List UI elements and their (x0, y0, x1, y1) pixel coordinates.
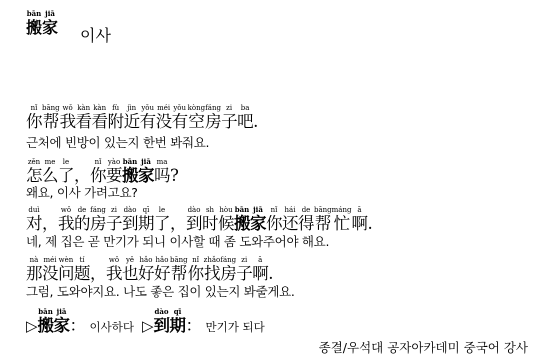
pinyin: jìn (124, 104, 140, 112)
hanzi-with-pinyin: 没méi (42, 264, 58, 283)
hanzi-with-pinyin: 子zi (221, 112, 237, 131)
title-chinese: 搬bān家jiā (26, 18, 58, 37)
pinyin: de (74, 206, 90, 214)
dialogue-line-1-chinese: 你nǐ帮bāng我wǒ看kàn看kàn附fù近jìn有yǒu没méi有yǒu空k… (26, 104, 258, 131)
hanzi-with-pinyin: 问wèn (58, 264, 74, 283)
vocab-meaning: 만기가 되다 (206, 320, 265, 334)
hanzi: 那 (26, 264, 42, 283)
hanzi: 家 (42, 18, 58, 37)
pinyin: duì (26, 206, 42, 214)
pinyin: le (154, 206, 170, 214)
hanzi: 对 (26, 214, 42, 233)
hanzi-with-pinyin: 还hái (282, 214, 298, 233)
pinyin (268, 256, 273, 264)
vocab-item: ▷搬bān家jiā：이사하다 (26, 316, 142, 335)
title-korean: 이사 (80, 23, 111, 46)
pinyin: wǒ (106, 256, 122, 264)
pinyin (170, 206, 186, 214)
hanzi: 房 (90, 214, 106, 233)
pinyin: bāng (170, 256, 188, 264)
hanzi-with-pinyin: 啊ā (252, 264, 268, 283)
hanzi-with-pinyin: 家jiā (42, 18, 58, 37)
hanzi-with-pinyin: 搬bān (234, 214, 250, 233)
pinyin: nǐ (26, 104, 42, 112)
pinyin: sh (202, 206, 218, 214)
author-credit: 종결/우석대 공자아카데미 중국어 강사 (319, 338, 528, 356)
hanzi: ， (170, 214, 186, 233)
hanzi: . (253, 112, 258, 131)
hanzi: 怎 (26, 166, 42, 185)
hanzi: 我 (106, 264, 122, 283)
hanzi-with-pinyin: 怎zěn (26, 166, 42, 185)
hanzi-with-pinyin: ， (90, 264, 106, 283)
triangle-bullet-icon: ▷ (26, 317, 38, 335)
pinyin: jiā (54, 307, 70, 316)
hanzi-with-pinyin: 子zi (106, 214, 122, 233)
hanzi-with-pinyin: 有yǒu (172, 112, 188, 131)
hanzi-with-pinyin: 子zi (236, 264, 252, 283)
hanzi: 好 (154, 264, 170, 283)
hanzi: 搬 (26, 18, 42, 37)
hanzi: 近 (124, 112, 140, 131)
hanzi-with-pinyin: 要yào (106, 166, 122, 185)
hanzi: 期 (138, 214, 154, 233)
pinyin: hòu (218, 206, 234, 214)
hanzi-with-pinyin: 了le (58, 166, 74, 185)
hanzi: 有 (140, 112, 156, 131)
hanzi-with-pinyin: 好hǎo (154, 264, 170, 283)
hanzi-with-pinyin: 到dào (122, 214, 138, 233)
pinyin: zi (221, 104, 237, 112)
hanzi-with-pinyin: 搬bān (38, 316, 54, 335)
pinyin: hǎo (154, 256, 170, 264)
pinyin: qī (138, 206, 154, 214)
pinyin: fù (108, 104, 124, 112)
hanzi: 也 (122, 264, 138, 283)
vocab-word: 搬bān家jiā (38, 316, 70, 335)
pinyin: bān (122, 157, 138, 166)
hanzi: 吧 (237, 112, 253, 131)
dialogue-line-3-chinese: 对duì， 我wǒ的de房fáng子zi到dào期qī了le， 到dào时sh候… (26, 206, 372, 233)
vocab-colon: ： (70, 316, 86, 335)
pinyin (90, 256, 106, 264)
pinyin: jiā (138, 157, 154, 166)
hanzi: 帮 (314, 214, 332, 233)
hanzi: 房 (205, 112, 221, 131)
hanzi-with-pinyin: 的de (74, 214, 90, 233)
hanzi: 有 (172, 112, 188, 131)
hanzi-with-pinyin: ， (170, 214, 186, 233)
dialogue-line-4-chinese: 那nà没méi问wèn题tí， 我wǒ也yě好hǎo好hǎo帮bāng你nǐ找z… (26, 256, 273, 283)
hanzi: 搬 (234, 214, 250, 233)
hanzi: 你 (90, 166, 106, 185)
pinyin: yǒu (172, 104, 188, 112)
hanzi: 吗 (154, 166, 170, 185)
pinyin (74, 158, 90, 166)
hanzi-with-pinyin: 候hòu (218, 214, 234, 233)
pinyin: méi (156, 104, 172, 112)
pinyin: nǐ (266, 206, 282, 214)
hanzi: 看 (92, 112, 108, 131)
pinyin: máng (332, 206, 352, 214)
hanzi-with-pinyin: 帮bāng (314, 214, 332, 233)
hanzi: 家 (250, 214, 266, 233)
hanzi-with-pinyin: 近jìn (124, 112, 140, 131)
hanzi-with-pinyin: 找zhǎo (204, 264, 221, 283)
pinyin (170, 158, 178, 166)
pinyin: zi (236, 256, 252, 264)
hanzi: 你 (26, 112, 42, 131)
hanzi-with-pinyin: 有yǒu (140, 112, 156, 131)
hanzi: . (367, 214, 372, 233)
hanzi-with-pinyin: ， (74, 166, 90, 185)
vocab-meaning: 이사하다 (90, 320, 134, 334)
hanzi-with-pinyin: 到dào (154, 316, 170, 335)
hanzi: 我 (58, 214, 74, 233)
vocabulary-list: ▷搬bān家jiā：이사하다▷到dào期qī：만기가 되다 (26, 308, 273, 335)
hanzi: 我 (60, 112, 76, 131)
pinyin: kàn (92, 104, 108, 112)
vocab-colon: ： (186, 316, 202, 335)
hanzi-with-pinyin: 房fáng (90, 214, 106, 233)
hanzi-with-pinyin: ? (170, 166, 178, 185)
dialogue-line-4-korean: 그럼, 도와야지요. 나도 좋은 집이 있는지 봐줄게요. (26, 285, 295, 299)
hanzi: 你 (188, 264, 204, 283)
hanzi: 要 (106, 166, 122, 185)
pinyin: tí (74, 256, 90, 264)
hanzi: 到 (154, 316, 170, 335)
hanzi: 时 (202, 214, 218, 233)
pinyin: yào (106, 158, 122, 166)
pinyin: fáng (220, 256, 236, 264)
pinyin: hǎo (138, 256, 154, 264)
hanzi-with-pinyin: 我wǒ (106, 264, 122, 283)
pinyin: le (58, 158, 74, 166)
hanzi: 子 (106, 214, 122, 233)
pinyin: nà (26, 256, 42, 264)
hanzi: 看 (76, 112, 92, 131)
hanzi: 帮 (170, 264, 188, 283)
pinyin: qī (170, 307, 186, 316)
pinyin: nǐ (188, 256, 204, 264)
pinyin: ba (237, 104, 253, 112)
hanzi-with-pinyin: 没méi (156, 112, 172, 131)
vocab-word: 到dào期qī (154, 316, 186, 335)
hanzi: 房 (220, 264, 236, 283)
pinyin: dào (154, 307, 170, 316)
hanzi-with-pinyin: 看kàn (76, 112, 92, 131)
hanzi: 好 (138, 264, 154, 283)
dialogue-line-1-korean: 근처에 빈방이 있는지 한번 봐줘요. (26, 136, 209, 150)
dialogue-line-2-korean: 왜요, 이사 가려고요? (26, 186, 138, 200)
hanzi: 啊 (351, 214, 367, 233)
hanzi-with-pinyin: . (367, 214, 372, 233)
hanzi-with-pinyin: ， (42, 214, 58, 233)
hanzi-with-pinyin: 你nǐ (188, 264, 204, 283)
hanzi-with-pinyin: 那nà (26, 264, 42, 283)
pinyin: zi (106, 206, 122, 214)
hanzi-with-pinyin: 你nǐ (26, 112, 42, 131)
hanzi: ? (170, 166, 178, 185)
hanzi: 搬 (38, 316, 54, 335)
pinyin: wèn (58, 256, 74, 264)
hanzi: 找 (204, 264, 221, 283)
pinyin: de (298, 206, 314, 214)
pinyin: dào (186, 206, 202, 214)
hanzi: 没 (42, 264, 58, 283)
hanzi-with-pinyin: 帮bāng (42, 112, 60, 131)
hanzi-with-pinyin: 吧ba (237, 112, 253, 131)
pinyin (42, 206, 58, 214)
triangle-bullet-icon: ▷ (142, 317, 154, 335)
hanzi: 子 (221, 112, 237, 131)
hanzi-with-pinyin: 了le (154, 214, 170, 233)
pinyin: wǒ (58, 206, 74, 214)
hanzi: 题 (74, 264, 90, 283)
hanzi-with-pinyin: 看kàn (92, 112, 108, 131)
pinyin: kòng (188, 104, 205, 112)
hanzi: 么 (42, 166, 58, 185)
pinyin: fáng (205, 104, 221, 112)
hanzi-with-pinyin: 期qī (138, 214, 154, 233)
hanzi: 家 (138, 166, 154, 185)
pinyin: bān (234, 205, 250, 214)
pinyin: wǒ (60, 104, 76, 112)
pinyin (367, 206, 372, 214)
pinyin: fáng (90, 206, 106, 214)
hanzi: 忙 (332, 214, 352, 233)
hanzi-with-pinyin: 也yě (122, 264, 138, 283)
hanzi-with-pinyin: 么me (42, 166, 58, 185)
hanzi-with-pinyin: 时sh (202, 214, 218, 233)
vocab-item: ▷到dào期qī：만기가 되다 (142, 316, 273, 335)
hanzi: 得 (298, 214, 314, 233)
hanzi: 你 (266, 214, 282, 233)
hanzi-with-pinyin: 啊ā (351, 214, 367, 233)
hanzi-with-pinyin: 空kòng (188, 112, 205, 131)
pinyin: kàn (76, 104, 92, 112)
pinyin: zěn (26, 158, 42, 166)
hanzi: 期 (170, 316, 186, 335)
hanzi-with-pinyin: 搬bān (26, 18, 42, 37)
pinyin: jiā (42, 9, 58, 18)
hanzi: 没 (156, 112, 172, 131)
pinyin (253, 104, 258, 112)
hanzi: 帮 (42, 112, 60, 131)
pinyin: dào (122, 206, 138, 214)
pinyin: yǒu (140, 104, 156, 112)
hanzi: 到 (186, 214, 202, 233)
hanzi: 到 (122, 214, 138, 233)
pinyin: jiā (250, 205, 266, 214)
hanzi-with-pinyin: 家jiā (54, 316, 70, 335)
pinyin: bāng (314, 206, 332, 214)
hanzi: 了 (58, 166, 74, 185)
hanzi: ， (90, 264, 106, 283)
hanzi: 子 (236, 264, 252, 283)
hanzi: 还 (282, 214, 298, 233)
hanzi: 啊 (252, 264, 268, 283)
hanzi-with-pinyin: 家jiā (250, 214, 266, 233)
hanzi: 的 (74, 214, 90, 233)
hanzi-with-pinyin: 好hǎo (138, 264, 154, 283)
pinyin: bān (38, 307, 54, 316)
hanzi: 附 (108, 112, 124, 131)
hanzi-with-pinyin: 房fáng (220, 264, 236, 283)
hanzi-with-pinyin: 我wǒ (60, 112, 76, 131)
lesson-title: 搬bān家jiā (26, 10, 58, 38)
hanzi-with-pinyin: 你nǐ (90, 166, 106, 185)
hanzi: . (268, 264, 273, 283)
hanzi-with-pinyin: 我wǒ (58, 214, 74, 233)
hanzi-with-pinyin: 忙máng (332, 214, 352, 233)
hanzi-with-pinyin: 你nǐ (266, 214, 282, 233)
hanzi-with-pinyin: 搬bān (122, 166, 138, 185)
hanzi-with-pinyin: 期qī (170, 316, 186, 335)
pinyin: ā (351, 206, 367, 214)
hanzi: 家 (54, 316, 70, 335)
pinyin: hái (282, 206, 298, 214)
hanzi-with-pinyin: . (268, 264, 273, 283)
pinyin: bān (26, 9, 42, 18)
hanzi-with-pinyin: 附fù (108, 112, 124, 131)
pinyin: me (42, 158, 58, 166)
hanzi: ， (42, 214, 58, 233)
hanzi: ， (74, 166, 90, 185)
hanzi: 问 (58, 264, 74, 283)
hanzi-with-pinyin: 题tí (74, 264, 90, 283)
hanzi-with-pinyin: 吗ma (154, 166, 170, 185)
hanzi: 空 (188, 112, 205, 131)
hanzi-with-pinyin: . (253, 112, 258, 131)
hanzi-with-pinyin: 帮bāng (170, 264, 188, 283)
hanzi: 搬 (122, 166, 138, 185)
dialogue-line-2-chinese: 怎zěn么me了le， 你nǐ要yào搬bān家jiā吗ma? (26, 158, 178, 185)
hanzi-with-pinyin: 得de (298, 214, 314, 233)
hanzi-with-pinyin: 房fáng (205, 112, 221, 131)
hanzi-with-pinyin: 家jiā (138, 166, 154, 185)
hanzi: 了 (154, 214, 170, 233)
pinyin: bāng (42, 104, 60, 112)
hanzi-with-pinyin: 对duì (26, 214, 42, 233)
pinyin: yě (122, 256, 138, 264)
hanzi-with-pinyin: 到dào (186, 214, 202, 233)
pinyin: nǐ (90, 158, 106, 166)
pinyin: ā (252, 256, 268, 264)
pinyin: ma (154, 158, 170, 166)
pinyin: zhǎo (204, 256, 221, 264)
pinyin: méi (42, 256, 58, 264)
hanzi: 候 (218, 214, 234, 233)
dialogue-line-3-korean: 네, 제 집은 곧 만기가 되니 이사할 때 좀 도와주어야 해요. (26, 235, 329, 249)
